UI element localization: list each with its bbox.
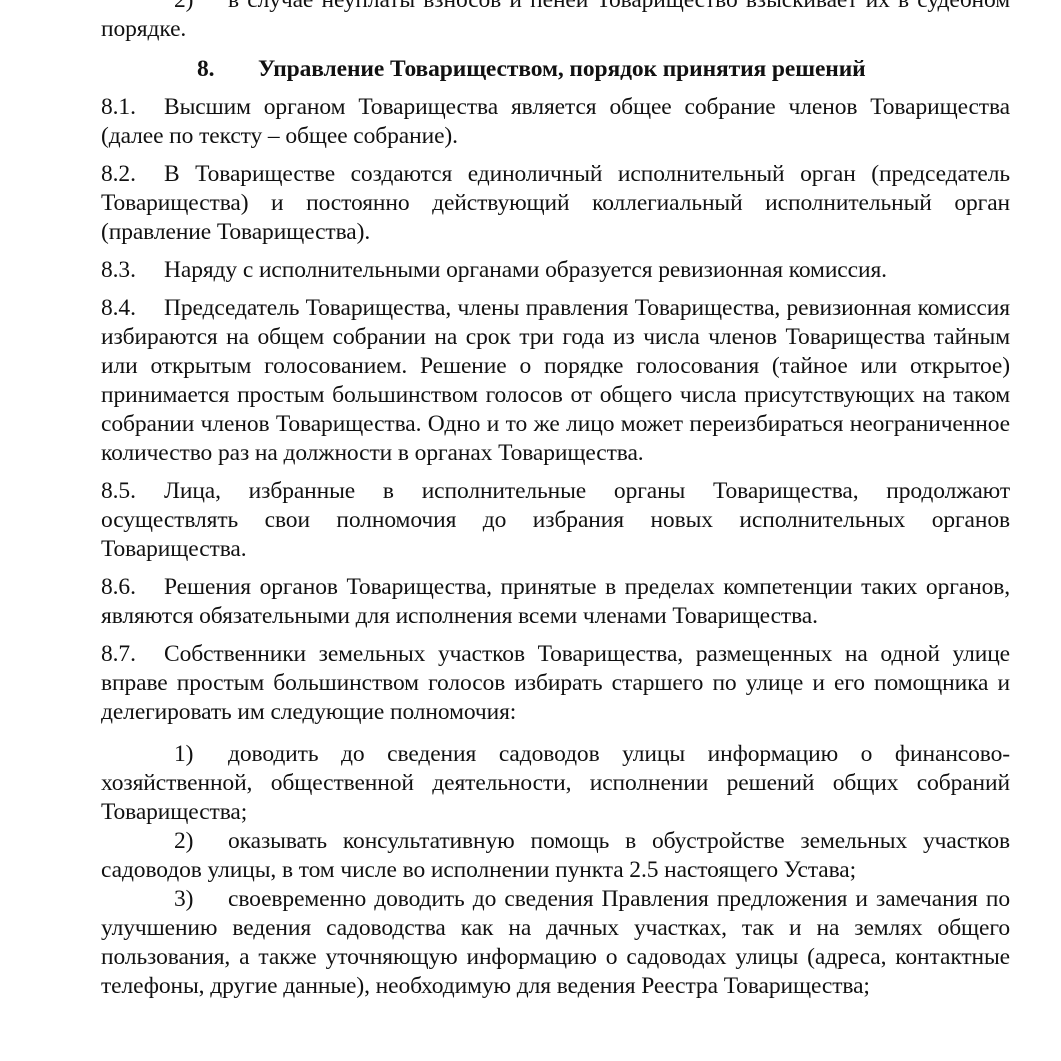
section-heading: 8.Управление Товариществом, порядок прин…	[101, 55, 1010, 84]
list-item-text: оказывать консультативную помощь в обуст…	[101, 828, 1010, 883]
clause-number: 8.3.	[101, 256, 164, 285]
clause-number: 8.1.	[101, 93, 164, 122]
clause-text: Лица, избранные в исполнительные органы …	[101, 478, 1010, 562]
list-item-number: 1)	[174, 740, 228, 769]
clause-8-2: 8.2.В Товариществе создаются единоличный…	[101, 160, 1010, 247]
clause-text: Решения органов Товарищества, принятые в…	[101, 574, 1010, 629]
clause-8-6: 8.6.Решения органов Товарищества, принят…	[101, 573, 1010, 631]
section-title: Управление Товариществом, порядок принят…	[258, 56, 866, 82]
clause-text: В Товариществе создаются единоличный исп…	[101, 161, 1010, 245]
clause-8-3: 8.3.Наряду с исполнительными органами об…	[101, 256, 1010, 285]
clause-text: Наряду с исполнительными органами образу…	[164, 257, 887, 283]
section-number: 8.	[197, 55, 258, 84]
clause-text: Председатель Товарищества, члены правлен…	[101, 295, 1010, 466]
list-item: 2)оказывать консультативную помощь в обу…	[101, 827, 1010, 885]
clause-text: Собственники земельных участков Товарище…	[101, 641, 1010, 725]
clause-number: 8.2.	[101, 160, 164, 189]
list-item-prev: 2)в случае неуплаты взносов и пеней Това…	[101, 0, 1010, 44]
list-item-text: в случае неуплаты взносов и пеней Товари…	[101, 0, 1010, 42]
list-item-number: 2)	[174, 0, 228, 15]
clause-number: 8.4.	[101, 294, 164, 323]
clause-8-4: 8.4.Председатель Товарищества, члены пра…	[101, 294, 1010, 468]
list-item: 1)доводить до сведения садоводов улицы и…	[101, 740, 1010, 827]
list-item-text: своевременно доводить до сведения Правле…	[101, 886, 1010, 999]
list-item-number: 3)	[174, 885, 228, 914]
clause-number: 8.5.	[101, 477, 164, 506]
list-item: 3)своевременно доводить до сведения Прав…	[101, 885, 1010, 1001]
list-item-text: доводить до сведения садоводов улицы инф…	[101, 741, 1010, 825]
clause-number: 8.7.	[101, 640, 164, 669]
clause-number: 8.6.	[101, 573, 164, 602]
clause-8-7: 8.7.Собственники земельных участков Това…	[101, 640, 1010, 727]
clause-text: Высшим органом Товарищества является общ…	[101, 94, 1010, 149]
clause-8-5: 8.5.Лица, избранные в исполнительные орг…	[101, 477, 1010, 564]
powers-list: 1)доводить до сведения садоводов улицы и…	[101, 740, 1010, 1001]
document-page: 2)в случае неуплаты взносов и пеней Това…	[101, 0, 1010, 1001]
list-item-number: 2)	[174, 827, 228, 856]
clause-8-1: 8.1.Высшим органом Товарищества является…	[101, 93, 1010, 151]
